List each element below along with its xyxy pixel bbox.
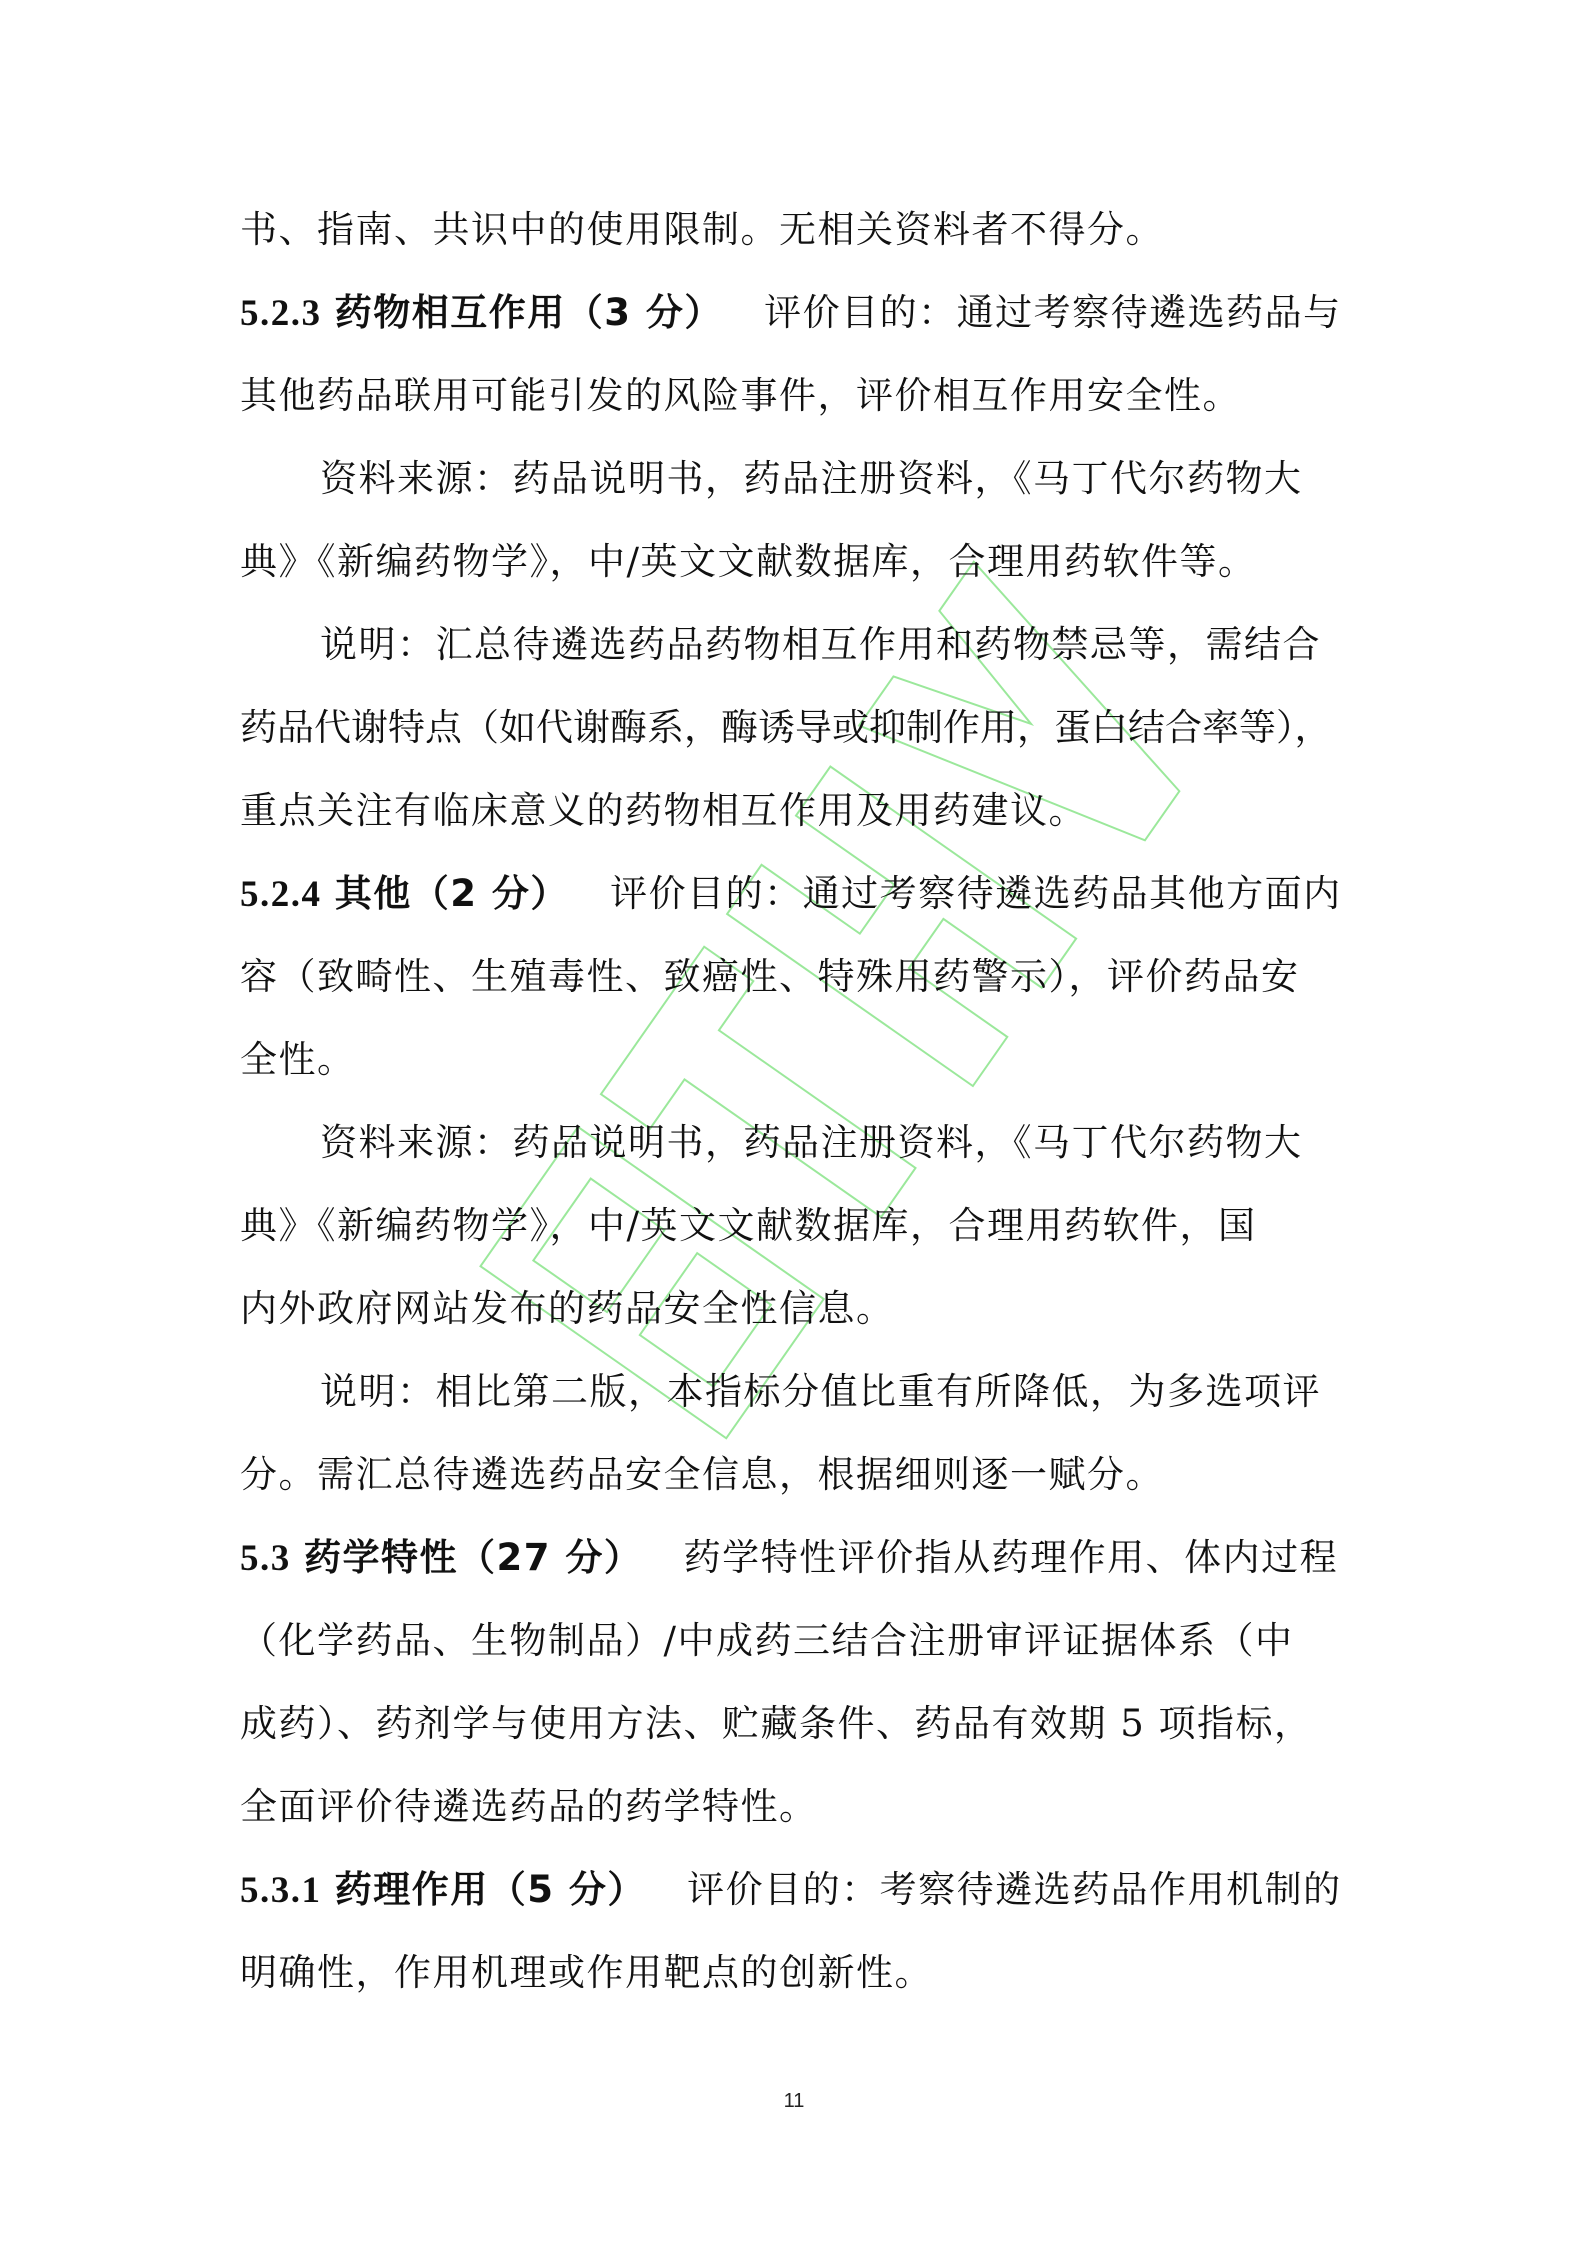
section-title: 其他（2 分）	[335, 872, 569, 915]
line-text: 资料来源：药品说明书，药品注册资料，《马丁代尔药物大	[320, 1121, 1303, 1164]
line-text: 其他药品联用可能引发的风险事件，评价相互作用安全性。	[240, 374, 1241, 417]
section-heading-5-3: 5.3 药学特性（27 分） 药学特性评价指从药理作用、体内过程	[240, 1528, 1338, 1588]
paragraph-line: 容（致畸性、生殖毒性、致癌性、特殊用药警示），评价药品安	[240, 947, 1300, 1007]
paragraph-line: 典》《新编药物学》，中/英文文献数据库，合理用药软件等。	[240, 532, 1256, 592]
paragraph-line: 内外政府网站发布的药品安全性信息。	[240, 1279, 895, 1339]
paragraph-line: 书、指南、共识中的使用限制。无相关资料者不得分。	[240, 200, 1164, 260]
line-text: 成药）、药剂学与使用方法、贮藏条件、药品有效期 5 项指标，	[240, 1702, 1313, 1745]
section-title: 药物相互作用（3 分）	[335, 291, 723, 334]
line-text: 说明：汇总待遴选药品药物相互作用和药物禁忌等，需结合	[320, 623, 1321, 666]
line-text: 分。需汇总待遴选药品安全信息，根据细则逐一赋分。	[240, 1453, 1164, 1496]
paragraph-line: 典》《新编药物学》，中/英文文献数据库，合理用药软件，国	[240, 1196, 1256, 1256]
paragraph-line: 成药）、药剂学与使用方法、贮藏条件、药品有效期 5 项指标，	[240, 1694, 1313, 1754]
line-text: 明确性，作用机理或作用靶点的创新性。	[240, 1951, 933, 1994]
section-title: 药理作用（5 分）	[335, 1868, 646, 1911]
page-number: 11	[0, 2090, 1588, 2113]
line-text: 评价目的：通过考察待遴选药品其他方面内	[610, 872, 1342, 915]
section-heading-5-2-4: 5.2.4 其他（2 分） 评价目的：通过考察待遴选药品其他方面内	[240, 864, 1342, 924]
line-text: 资料来源：药品说明书，药品注册资料，《马丁代尔药物大	[320, 457, 1303, 500]
paragraph-line: 资料来源：药品说明书，药品注册资料，《马丁代尔药物大	[320, 1113, 1303, 1173]
paragraph-line: 说明：相比第二版，本指标分值比重有所降低，为多选项评	[320, 1362, 1321, 1422]
line-text: 典》《新编药物学》，中/英文文献数据库，合理用药软件，国	[240, 1204, 1256, 1247]
line-text: 全性。	[240, 1038, 356, 1081]
paragraph-line: 分。需汇总待遴选药品安全信息，根据细则逐一赋分。	[240, 1445, 1164, 1505]
line-text: 容（致畸性、生殖毒性、致癌性、特殊用药警示），评价药品安	[240, 955, 1300, 998]
line-text: 重点关注有临床意义的药物相互作用及用药建议。	[240, 789, 1087, 832]
section-heading-5-2-3: 5.2.3 药物相互作用（3 分） 评价目的：通过考察待遴选药品与	[240, 283, 1342, 343]
paragraph-line: 全面评价待遴选药品的药学特性。	[240, 1777, 818, 1837]
section-heading-5-3-1: 5.3.1 药理作用（5 分） 评价目的：考察待遴选药品作用机制的	[240, 1860, 1342, 1920]
section-title: 药学特性（27 分）	[304, 1536, 642, 1579]
paragraph-line: 药品代谢特点（如代谢酶系，酶诱导或抑制作用，蛋白结合率等），	[240, 698, 1332, 758]
line-text: 评价目的：考察待遴选药品作用机制的	[687, 1868, 1342, 1911]
paragraph-line: 说明：汇总待遴选药品药物相互作用和药物禁忌等，需结合	[320, 615, 1321, 675]
paragraph-line: 明确性，作用机理或作用靶点的创新性。	[240, 1943, 933, 2003]
paragraph-line: 资料来源：药品说明书，药品注册资料，《马丁代尔药物大	[320, 449, 1303, 509]
line-text: 内外政府网站发布的药品安全性信息。	[240, 1287, 895, 1330]
line-text: 评价目的：通过考察待遴选药品与	[764, 291, 1342, 334]
line-text: 全面评价待遴选药品的药学特性。	[240, 1785, 818, 1828]
paragraph-line: （化学药品、生物制品）/中成药三结合注册审评证据体系（中	[240, 1611, 1293, 1671]
section-number: 5.2.4	[240, 874, 322, 915]
document-page: 书、指南、共识中的使用限制。无相关资料者不得分。 5.2.3 药物相互作用（3 …	[0, 0, 1588, 2245]
line-text: 书、指南、共识中的使用限制。无相关资料者不得分。	[240, 208, 1164, 251]
paragraph-line: 全性。	[240, 1030, 356, 1090]
section-number: 5.2.3	[240, 293, 322, 334]
paragraph-line: 其他药品联用可能引发的风险事件，评价相互作用安全性。	[240, 366, 1241, 426]
line-text: 典》《新编药物学》，中/英文文献数据库，合理用药软件等。	[240, 540, 1256, 583]
line-text: 药品代谢特点（如代谢酶系，酶诱导或抑制作用，蛋白结合率等），	[240, 706, 1332, 749]
section-number: 5.3	[240, 1538, 291, 1579]
line-text: 说明：相比第二版，本指标分值比重有所降低，为多选项评	[320, 1370, 1321, 1413]
section-number: 5.3.1	[240, 1870, 322, 1911]
line-text: （化学药品、生物制品）/中成药三结合注册审评证据体系（中	[240, 1619, 1293, 1662]
line-text: 药学特性评价指从药理作用、体内过程	[684, 1536, 1339, 1579]
paragraph-line: 重点关注有临床意义的药物相互作用及用药建议。	[240, 781, 1087, 841]
